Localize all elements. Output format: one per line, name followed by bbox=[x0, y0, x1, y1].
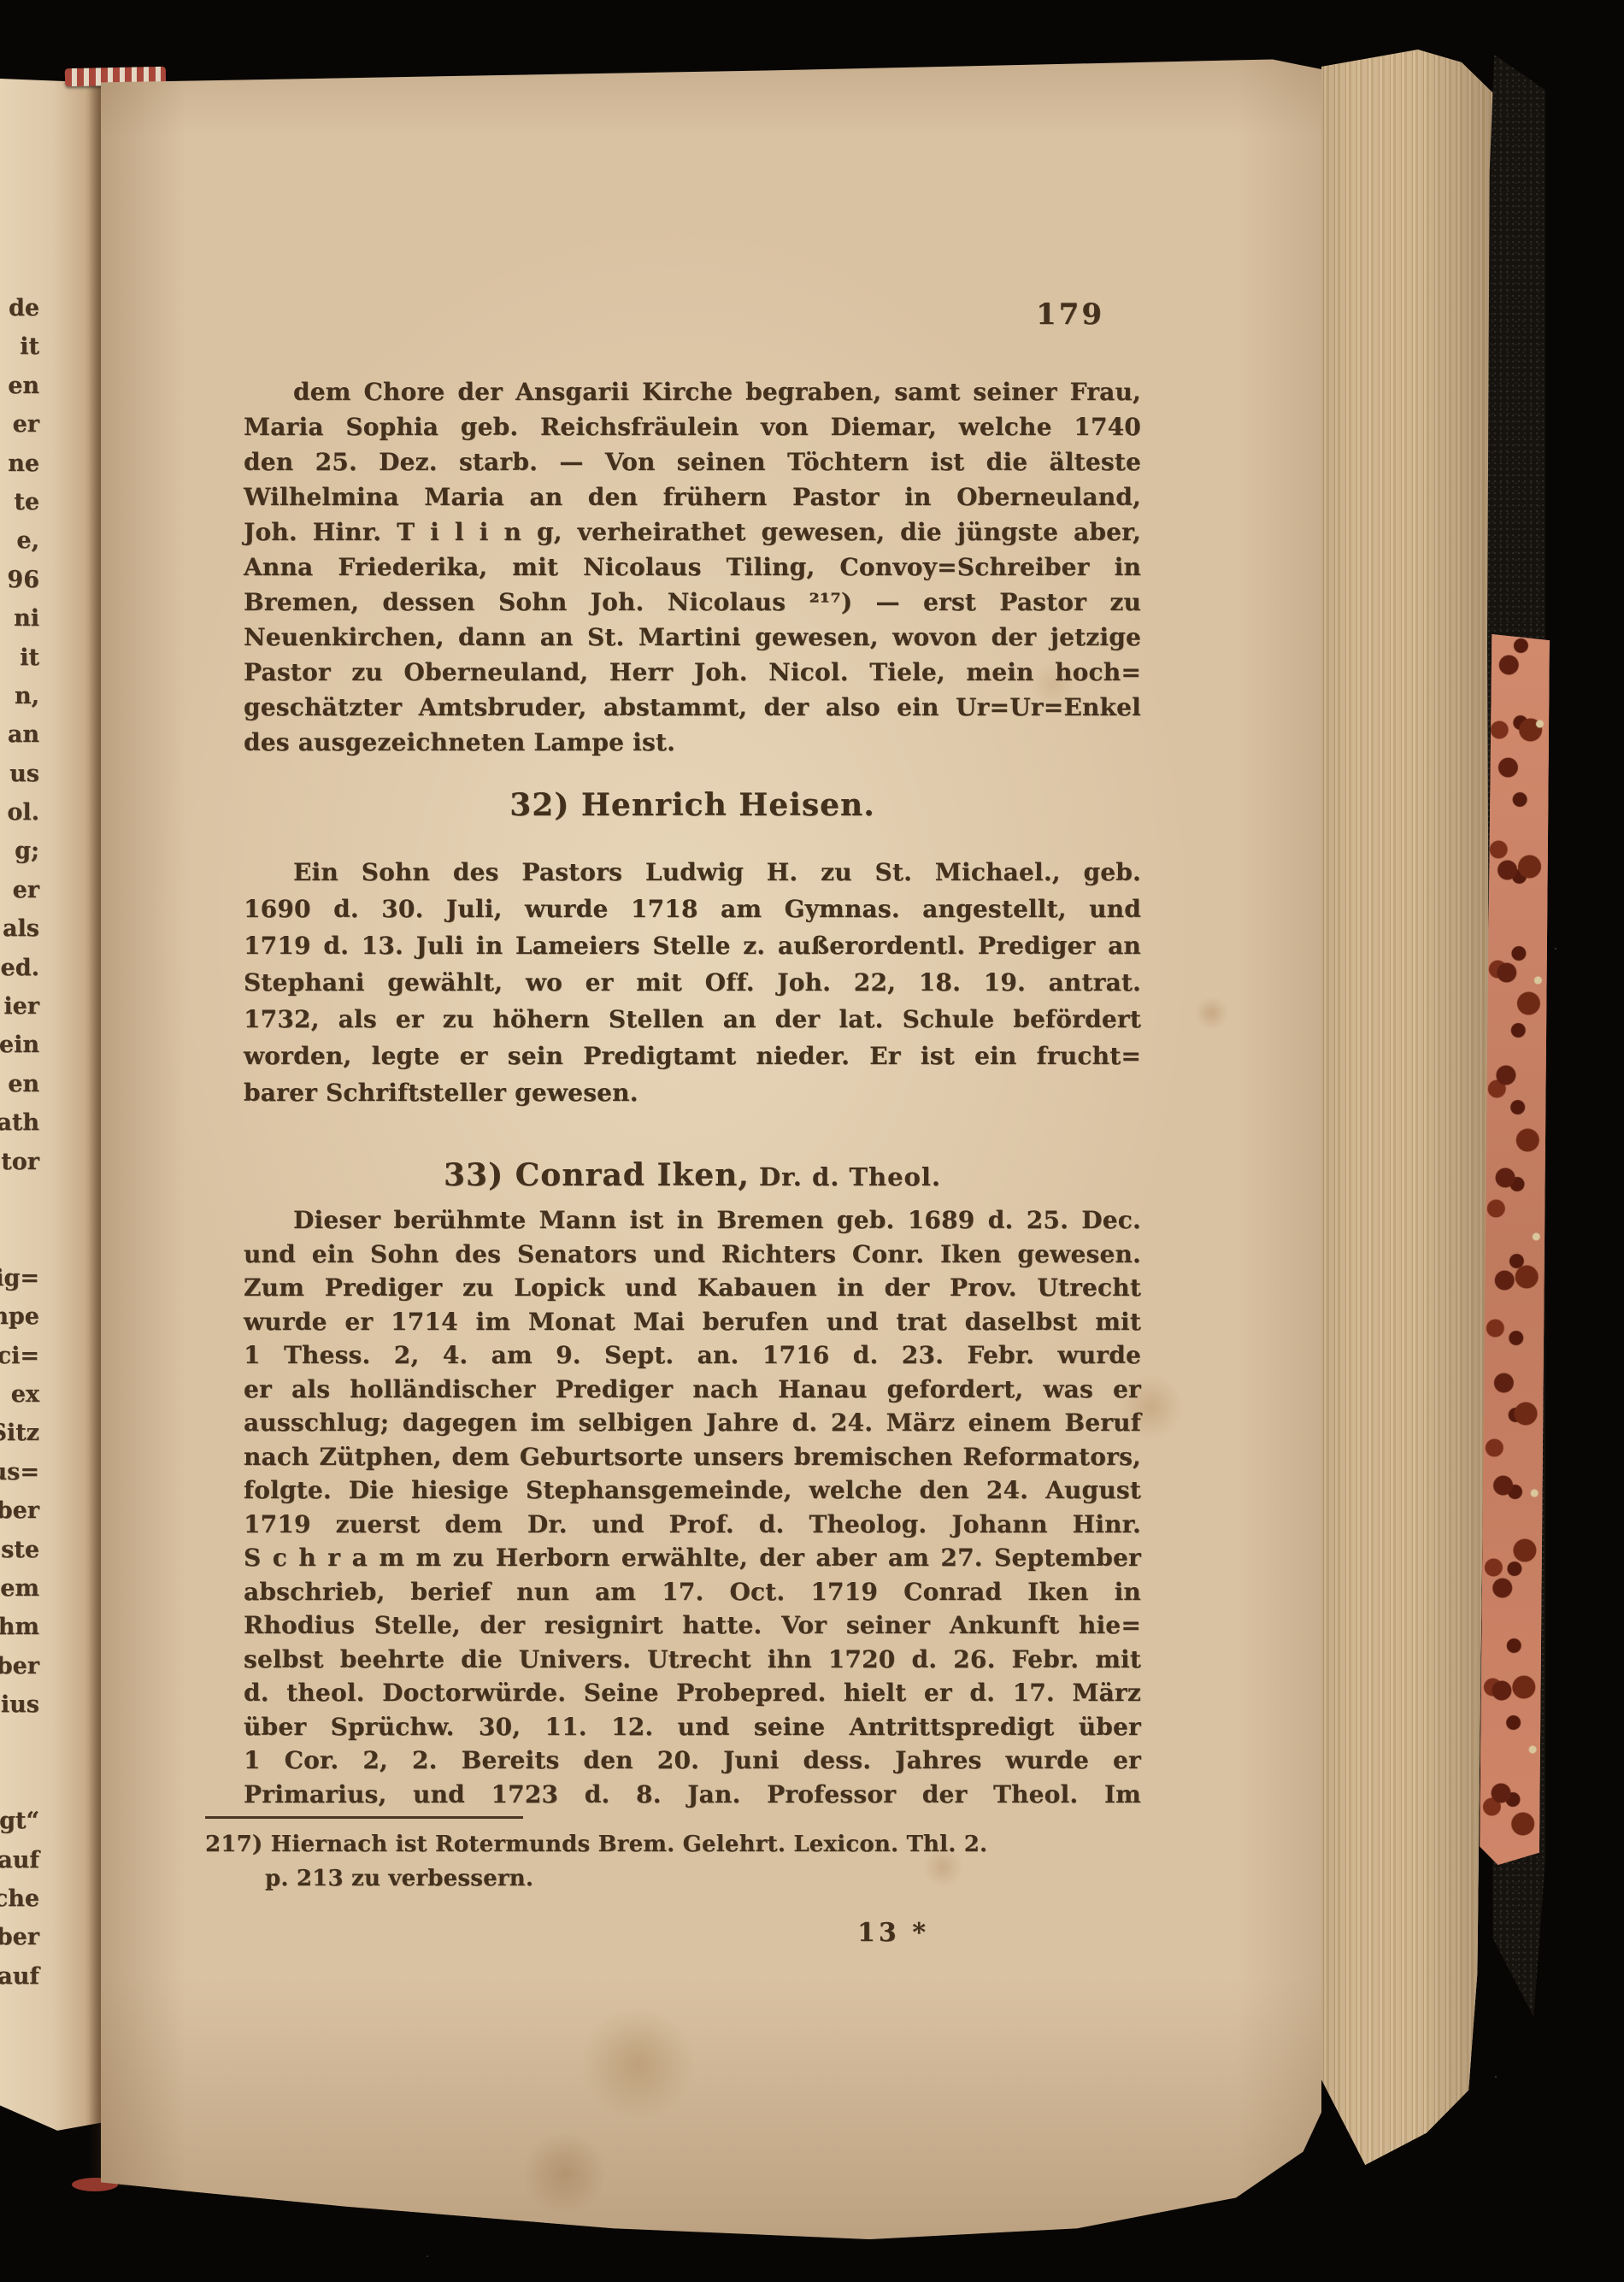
left-page-fragment: it bbox=[0, 327, 39, 366]
section-heading: 33) Conrad Iken, Dr. d. Theol. bbox=[244, 1152, 1141, 1200]
left-page-fragment bbox=[0, 1724, 39, 1762]
text-line: 1 Cor. 2, 2. Bereits den 20. Juni dess. … bbox=[244, 1744, 1141, 1778]
text-line: barer Schriftsteller gewesen. bbox=[244, 1074, 1141, 1111]
text-line: 1719 d. 13. Juli in Lameiers Stelle z. a… bbox=[244, 927, 1141, 964]
text-line: 1690 d. 30. Juli, wurde 1718 am Gymnas. … bbox=[244, 891, 1141, 927]
left-page-fragment: hm bbox=[0, 1608, 39, 1646]
page-number: 179 bbox=[1036, 297, 1130, 332]
left-page-fragment: tor bbox=[0, 1143, 39, 1181]
left-page-fragment: us bbox=[0, 755, 39, 793]
left-page-fragments: deitenernetee,96niitn,anusol.g;eralsed.i… bbox=[0, 289, 39, 1996]
text-line: Rhodius Stelle, der resignirt hatte. Vor… bbox=[244, 1609, 1141, 1643]
left-page-fragment bbox=[0, 1763, 39, 1802]
text-line: Joh. Hinr. T i l i n g, verheirathet gew… bbox=[244, 515, 1141, 550]
text-line: Stephani gewählt, wo er mit Off. Joh. 22… bbox=[244, 964, 1141, 1001]
left-page-fragment: en bbox=[0, 1065, 39, 1103]
text-line: Neuenkirchen, dann an St. Martini gewese… bbox=[244, 620, 1141, 655]
left-page-fragment: ed. bbox=[0, 949, 39, 987]
text-line: abschrieb, berief nun am 17. Oct. 1719 C… bbox=[244, 1575, 1141, 1609]
text-line: S c h r a m m zu Herborn erwählte, der a… bbox=[244, 1541, 1141, 1575]
left-page-fragment: us= bbox=[0, 1453, 39, 1491]
left-page-fragment: auf bbox=[0, 1957, 39, 1996]
text-line: Wilhelmina Maria an den frühern Pastor i… bbox=[244, 479, 1141, 515]
text-line: 1 Thess. 2, 4. am 9. Sept. an. 1716 d. 2… bbox=[244, 1338, 1141, 1373]
paragraph: dem Chore der Ansgarii Kirche begraben, … bbox=[244, 374, 1141, 760]
text-line: folgte. Die hiesige Stephansgemeinde, we… bbox=[244, 1473, 1141, 1508]
text-line: selbst beehrte die Univers. Utrecht ihn … bbox=[244, 1643, 1141, 1677]
left-page-fragment: ste bbox=[0, 1531, 39, 1569]
left-page-fragment: en bbox=[0, 367, 39, 405]
left-page-fragment: ol. bbox=[0, 793, 39, 832]
text-line: Pastor zu Oberneuland, Herr Joh. Nicol. … bbox=[244, 655, 1141, 690]
left-page-fragment: an bbox=[0, 715, 39, 754]
left-page-fragment bbox=[0, 1181, 39, 1220]
left-page-fragment: er bbox=[0, 871, 39, 909]
text-line: dem Chore der Ansgarii Kirche begraben, … bbox=[244, 374, 1141, 409]
left-page-fragment: er bbox=[0, 405, 39, 444]
left-page-fragment: e, bbox=[0, 521, 39, 560]
left-page-fragment: ber bbox=[0, 1918, 39, 1956]
left-page-fragment: 96 bbox=[0, 561, 39, 599]
text-line: 1719 zuerst dem Dr. und Prof. d. Theolog… bbox=[244, 1508, 1141, 1542]
footnote-rule bbox=[205, 1816, 523, 1819]
left-page-fragment: g; bbox=[0, 832, 39, 870]
left-page-fragment: eci= bbox=[0, 1337, 39, 1375]
left-page-fragment: ig= bbox=[0, 1259, 39, 1297]
left-page-fragment: ein bbox=[0, 1026, 39, 1064]
text-line: Maria Sophia geb. Reichsfräulein von Die… bbox=[244, 409, 1141, 444]
text-line: Zum Prediger zu Lopick und Kabauen in de… bbox=[244, 1271, 1141, 1305]
text-line: Ein Sohn des Pastors Ludwig H. zu St. Mi… bbox=[244, 854, 1141, 891]
left-page-fragment: it bbox=[0, 638, 39, 677]
text-line: den 25. Dez. starb. — Von seinen Töchter… bbox=[244, 444, 1141, 479]
book-page: 179 dem Chore der Ansgarii Kirche begrab… bbox=[101, 50, 1321, 2239]
text-line: geschätzter Amtsbruder, abstammt, der al… bbox=[244, 690, 1141, 725]
left-page-fragment: ber bbox=[0, 1647, 39, 1685]
text-line: d. theol. Doctorwürde. Seine Probepred. … bbox=[244, 1676, 1141, 1710]
left-page-fragment: ex bbox=[0, 1375, 39, 1414]
footnote: 217) Hiernach ist Rotermunds Brem. Geleh… bbox=[244, 1827, 1141, 1896]
text-line: Anna Friederika, mit Nicolaus Tiling, Co… bbox=[244, 550, 1141, 585]
text-line: er als holländischer Prediger nach Hanau… bbox=[244, 1373, 1141, 1407]
left-page-fragment: n, bbox=[0, 677, 39, 715]
left-page-fragment: ber bbox=[0, 1491, 39, 1530]
left-page-fragment: ni bbox=[0, 599, 39, 638]
left-page-fragment: mpe bbox=[0, 1297, 39, 1336]
text-line: Dieser berühmte Mann ist in Bremen geb. … bbox=[244, 1203, 1141, 1238]
left-page-fragment: gt“ bbox=[0, 1802, 39, 1840]
left-page-fragment: ier bbox=[0, 987, 39, 1026]
left-page-fragment: te bbox=[0, 483, 39, 521]
left-page-fragment: als bbox=[0, 909, 39, 948]
paragraph: Ein Sohn des Pastors Ludwig H. zu St. Mi… bbox=[244, 854, 1141, 1111]
text-line: nach Zütphen, dem Geburtsorte unsers bre… bbox=[244, 1440, 1141, 1474]
text-line: des ausgezeichneten Lampe ist. bbox=[244, 725, 1141, 760]
text-line: ausschlug; dagegen im selbigen Jahre d. … bbox=[244, 1406, 1141, 1440]
footnote-line: 217) Hiernach ist Rotermunds Brem. Geleh… bbox=[205, 1827, 1141, 1861]
left-page-fragment: che bbox=[0, 1879, 39, 1918]
text-line: über Sprüchw. 30, 11. 12. und seine Antr… bbox=[244, 1710, 1141, 1744]
left-page-fragment: ath bbox=[0, 1103, 39, 1142]
text-line: und ein Sohn des Senators und Richters C… bbox=[244, 1238, 1141, 1272]
left-page-fragment bbox=[0, 1220, 39, 1258]
fore-edge-page-stack bbox=[1321, 50, 1497, 2186]
left-page-fragment: ne bbox=[0, 444, 39, 483]
marbled-cover-paper bbox=[1480, 634, 1550, 1865]
text-line: 1732, als er zu höhern Stellen an der la… bbox=[244, 1001, 1141, 1038]
left-page-fragment: de bbox=[0, 289, 39, 327]
paragraph: Dieser berühmte Mann ist in Bremen geb. … bbox=[244, 1203, 1141, 1811]
left-page-fragment: ius bbox=[0, 1685, 39, 1724]
left-page-fragment: em bbox=[0, 1569, 39, 1608]
photograph-of-book-page: { "colors": { "background": "#080604", "… bbox=[0, 0, 1624, 2282]
left-page-fragment: auf bbox=[0, 1841, 39, 1879]
text-block: dem Chore der Ansgarii Kirche begraben, … bbox=[244, 374, 1141, 1896]
text-line: Primarius, und 1723 d. 8. Jan. Professor… bbox=[244, 1778, 1141, 1812]
section-heading: 32) Henrich Heisen. bbox=[244, 782, 1141, 828]
signature-mark: 13 * bbox=[857, 1918, 929, 1948]
text-line: worden, legte er sein Predigtamt nieder.… bbox=[244, 1038, 1141, 1074]
text-line: wurde er 1714 im Monat Mai berufen und t… bbox=[244, 1305, 1141, 1339]
left-page-fragment: Sitz bbox=[0, 1414, 39, 1452]
text-line: Bremen, dessen Sohn Joh. Nicolaus ²¹⁷) —… bbox=[244, 585, 1141, 620]
footnote-line: p. 213 zu verbessern. bbox=[205, 1861, 1141, 1896]
